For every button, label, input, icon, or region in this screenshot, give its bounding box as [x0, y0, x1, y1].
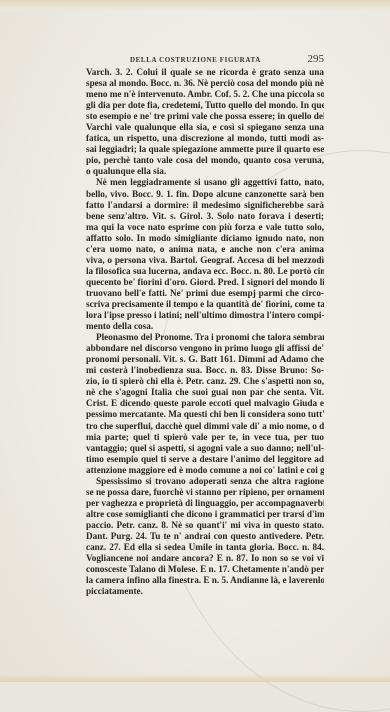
text-line: attenzione maggiore ed è modo comune a n… [86, 465, 324, 476]
page-header: DELLA COSTRUZIONE FIGURATA 295 [86, 54, 324, 66]
text-line: zio, io ti spierò chi ella è. Petr. canz… [86, 376, 324, 387]
text-line: meno me n'è intervenuto. Ambr. Cof. 5. 2… [86, 89, 324, 100]
text-line: spesa al mondo. Bocc. n. 36. Nè perciò c… [86, 78, 324, 89]
text-line: timo esempio quel ti serve a destare l'a… [86, 454, 324, 465]
text-line: canz. 27. Ed ella si sedea Umile in tant… [86, 542, 324, 553]
text-line: nè che s'agogni Italia che suoi guai non… [86, 387, 324, 398]
text-line: conosceste Talano di Molese. E n. 17. Ch… [86, 564, 324, 575]
text-line: mi costerà l'inobedienza sua. Bocc. n. 8… [86, 365, 324, 376]
text-line: viva, o persona viva. Bartol. Geograf. A… [86, 255, 324, 266]
page-number: 295 [308, 53, 325, 65]
text-line: abbondare nel discorso vengono in primo … [86, 343, 324, 354]
text-line: la filosofica sua lucerna, andava ecc. B… [86, 266, 324, 277]
text-line: Varchi vale qualunque ella sia, e così s… [86, 122, 324, 133]
text-line: ma qui la voce nato esprime con più forz… [86, 222, 324, 233]
text-line: vantaggio; quel si aspetti, si agogni va… [86, 443, 324, 454]
text-line: sai leggiadri; la quale spiegazione amme… [86, 144, 324, 155]
text-line: o qualunque ella sia. [86, 166, 324, 177]
text-line: lora l'ipse presso i latini; nell'ultimo… [86, 310, 324, 321]
text-line: pio, perchè tanto vale cosa del mondo, q… [86, 155, 324, 166]
text-line: fatto l'andarsi a dormire: il medesimo s… [86, 200, 324, 211]
text-line: c'era uomo nato, o anima nata, e anche n… [86, 244, 324, 255]
text-line: bene senz'altro. Vit. s. Girol. 3. Solo … [86, 211, 324, 222]
text-line: Nè men leggiadramente si usano gli agget… [86, 177, 324, 188]
text-line: pessimo mercatante. Ma questi chi ben li… [86, 409, 324, 420]
body-text: Varch. 3. 2. Colui il quale se ne ricord… [86, 67, 324, 597]
text-line: picciatamente. [86, 586, 324, 597]
running-title: DELLA COSTRUZIONE FIGURATA [130, 56, 261, 64]
page-bottom-edge-stain [0, 674, 390, 682]
text-line: paccio. Petr. canz. 8. Nè so quant'i' mi… [86, 520, 324, 531]
text-line: la camera infino alla finestra. E n. 5. … [86, 575, 324, 586]
text-line: Varch. 3. 2. Colui il quale se ne ricord… [86, 67, 324, 78]
text-line: mento della cosa. [86, 321, 324, 332]
text-line: pronomi personali. Vit. s. G. Batt 161. … [86, 354, 324, 365]
text-line: gli dia per dote fia, credetemi, Tutto q… [86, 100, 324, 111]
text-line: mia parte; quel ti spierò vale per te, i… [86, 432, 324, 443]
text-line: per vaghezza e proprietà di linguaggio, … [86, 498, 324, 509]
text-line: Pleonasmo del Pronome. Tra i pronomi che… [86, 332, 324, 343]
text-line: quecento be' fiorini d'oro. Giord. Pred.… [86, 277, 324, 288]
text-line: fatica, un rispetto, una discrezione al … [86, 133, 324, 144]
text-line: altre cose somiglianti che dicono i gram… [86, 509, 324, 520]
text-line: Spessissimo si trovano adoperati senza c… [86, 476, 324, 487]
text-line: Vogliancene noi andare ancora? E n. 87. … [86, 553, 324, 564]
text-line: se ne possa dare, fuorchè vi stanno per … [86, 487, 324, 498]
text-line: affatto solo. In modo simigliante diciam… [86, 233, 324, 244]
text-line: truovano bell'e fatti. Ne' primi due ese… [86, 288, 324, 299]
page-top-edge-stain [0, 0, 390, 12]
book-page: DELLA COSTRUZIONE FIGURATA 295 Varch. 3.… [0, 0, 390, 682]
text-line: scriva precisamente il tempo e la quanti… [86, 299, 324, 310]
text-line: Dant. Purg. 24. Tu te n' andrai con ques… [86, 531, 324, 542]
text-line: tro che superflui, dacchè quel dimmi val… [86, 421, 324, 432]
text-line: bello, vivo. Bocc. 9. 1. fin. Dopo alcun… [86, 189, 324, 200]
text-line: Crist. E dicendo queste parole eccoti qu… [86, 398, 324, 409]
text-line: sto esempio e ne' tre primi vale che pos… [86, 111, 324, 122]
